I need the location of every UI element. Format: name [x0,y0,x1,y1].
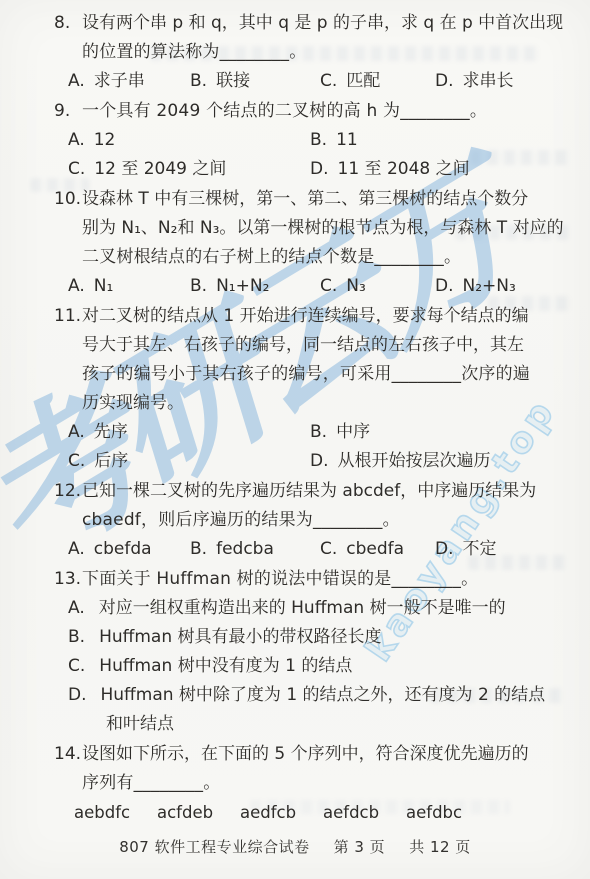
question-line: 别为 N₁、N₂和 N₃。以第一棵树的根节点为根，与森林 T 对应的 [82,214,546,243]
option-text: 对应一组权重构造出来的 Huffman 树一般不是唯一的 [99,598,506,618]
sequence-item: aebdfc [74,798,157,827]
question-line: 设图如下所示，在下面的 5 个序列中，符合深度优先遍历的 [82,740,546,769]
option-text: Huffman 树中没有度为 1 的结点 [99,656,352,676]
option-a: A.N₁ [68,272,190,301]
sequence-item: aedfcb [240,798,323,827]
option-text: fedcba [216,539,274,559]
option-label: B. [310,422,327,442]
options-row: B.Huffman 树具有最小的带权路径长度 [68,623,546,652]
option-label: B. [190,539,207,559]
question-number: 12. [54,477,81,506]
option-label: C. [320,276,337,296]
page-number: 第 3 页 [334,838,386,856]
option-d: D.不定 [435,535,546,564]
option-label: A. [68,130,85,150]
exam-title: 807 软件工程专业综合试卷 [119,838,309,856]
option-a: A.先序 [68,418,310,447]
option-label: B. [68,627,85,647]
option-text: 11 [336,130,358,150]
options-row: D.Huffman 树中除了度为 1 的结点之外，还有度为 2 的结点 [68,681,546,710]
question-11: 11. 对二叉树的结点从 1 开始进行连续编号，要求每个结点的编 号大于其左、右… [54,302,546,476]
question-line: 设森林 T 中有三棵树，第一、第二、第三棵树的结点个数分 [82,185,546,214]
option-text: 求串长 [463,71,514,91]
option-text: 后序 [94,451,128,471]
option-c: C.Huffman 树中没有度为 1 的结点 [68,652,352,681]
option-d: D.求串长 [435,67,546,96]
question-line: 号大于其左、右孩子的编号，同一结点的左右孩子中，其左 [82,331,546,360]
question-line: 设有两个串 p 和 q，其中 q 是 p 的子串，求 q 在 p 中首次出现 [82,9,546,38]
question-line: 对二叉树的结点从 1 开始进行连续编号，要求每个结点的编 [82,302,546,331]
options-row: C.后序 D.从根开始按层次遍历 [68,447,546,476]
option-text: cbedfa [346,539,404,559]
option-label: D. [435,276,454,296]
option-label: A. [68,276,85,296]
question-line: 孩子的编号小于其右孩子的编号，可采用________次序的遍 [82,360,546,389]
question-list: 8. 设有两个串 p 和 q，其中 q 是 p 的子串，求 q 在 p 中首次出… [54,9,546,828]
question-13: 13. 下面关于 Huffman 树的说法中错误的是________。 A.对应… [54,565,546,739]
options-row: A.N₁ B.N₁+N₂ C.N₃ D.N₂+N₃ [68,272,546,301]
question-12: 12. 已知一棵二叉树的先序遍历结果为 abcdef，中序遍历结果为 cbaed… [54,477,546,564]
option-text: 11 至 2048 之间 [338,159,470,179]
option-label: D. [435,71,454,91]
option-text: 中序 [336,422,370,442]
question-line: 历实现编号。 [82,389,546,418]
options-row: C.12 至 2049 之间 D.11 至 2048 之间 [68,155,546,184]
sequence-item: acfdeb [157,798,240,827]
page-footer: 807 软件工程专业综合试卷第 3 页共 12 页 [0,836,590,857]
question-line: 一个具有 2049 个结点的二叉树的高 h 为________。 [82,97,546,126]
question-14: 14. 设图如下所示，在下面的 5 个序列中，符合深度优先遍历的 序列有____… [54,740,546,827]
sequence-item: aefdcb [323,798,406,827]
option-d: D.11 至 2048 之间 [310,155,546,184]
question-line: 序列有________。 [82,769,546,798]
option-c: C.12 至 2049 之间 [68,155,310,184]
option-c: C.后序 [68,447,310,476]
option-label: C. [68,159,85,179]
question-number: 11. [54,302,81,331]
option-d-continuation: 和叶结点 [106,710,546,739]
question-number: 8. [54,9,70,38]
options-row: A.12 B.11 [68,126,546,155]
option-text: 12 至 2049 之间 [94,159,226,179]
option-c: C.N₃ [320,272,435,301]
options-row: A.先序 B.中序 [68,418,546,447]
option-a: A.对应一组权重构造出来的 Huffman 树一般不是唯一的 [68,594,506,623]
question-line: 已知一棵二叉树的先序遍历结果为 abcdef，中序遍历结果为 [82,477,546,506]
question-8: 8. 设有两个串 p 和 q，其中 q 是 p 的子串，求 q 在 p 中首次出… [54,9,546,96]
option-b: B.中序 [310,418,546,447]
question-number: 10. [54,185,81,214]
question-number: 14. [54,740,81,769]
option-d: D.N₂+N₃ [435,272,546,301]
option-text: N₃ [346,276,366,296]
question-9: 9. 一个具有 2049 个结点的二叉树的高 h 为________。 A.12… [54,97,546,184]
option-label: C. [68,451,85,471]
option-text: 先序 [94,422,128,442]
option-a: A.cbefda [68,535,190,564]
exam-page: 考研云万 kaoyang.top 8. 设有两个串 p 和 q，其中 q 是 p… [0,0,590,879]
question-line: 的位置的算法称为________。 [82,38,546,67]
option-label: D. [68,685,87,705]
option-text: N₁ [94,276,114,296]
option-label: B. [310,130,327,150]
question-line: 二叉树根结点的右子树上的结点个数是________。 [82,243,546,272]
option-label: A. [68,539,85,559]
option-label: D. [310,159,329,179]
question-line: 下面关于 Huffman 树的说法中错误的是________。 [82,565,546,594]
option-label: B. [190,276,207,296]
options-row: A.对应一组权重构造出来的 Huffman 树一般不是唯一的 [68,594,546,623]
option-d: D.Huffman 树中除了度为 1 的结点之外，还有度为 2 的结点 [68,681,545,710]
option-label: C. [320,71,337,91]
option-label: D. [310,451,329,471]
option-label: A. [68,598,85,618]
option-label: C. [320,539,337,559]
sequence-row: aebdfc acfdeb aedfcb aefdcb aefdbc [74,798,546,827]
options-row: C.Huffman 树中没有度为 1 的结点 [68,652,546,681]
option-text: N₂+N₃ [463,276,516,296]
options-row: A.求子串 B.联接 C.匹配 D.求串长 [68,67,546,96]
option-c: C.匹配 [320,67,435,96]
option-d: D.从根开始按层次遍历 [310,447,546,476]
option-text: 不定 [463,539,497,559]
option-text: Huffman 树中除了度为 1 的结点之外，还有度为 2 的结点 [101,685,546,705]
option-text: 联接 [216,71,250,91]
option-b: B.联接 [190,67,320,96]
option-b: B.N₁+N₂ [190,272,320,301]
sequence-item: aefdbc [406,798,462,827]
option-text: 求子串 [94,71,145,91]
option-label: A. [68,422,85,442]
option-text: Huffman 树具有最小的带权路径长度 [99,627,381,647]
option-c: C.cbedfa [320,535,435,564]
option-a: A.12 [68,126,310,155]
option-label: B. [190,71,207,91]
question-number: 9. [54,97,70,126]
option-text: 12 [94,130,116,150]
total-pages: 共 12 页 [409,838,471,856]
option-a: A.求子串 [68,67,190,96]
option-text: 从根开始按层次遍历 [338,451,491,471]
option-text: N₁+N₂ [216,276,269,296]
option-text: 匹配 [346,71,380,91]
question-line: cbaedf，则后序遍历的结果为________。 [82,506,546,535]
option-label: C. [68,656,85,676]
question-number: 13. [54,565,81,594]
question-10: 10. 设森林 T 中有三棵树，第一、第二、第三棵树的结点个数分 别为 N₁、N… [54,185,546,301]
option-b: B.fedcba [190,535,320,564]
option-label: A. [68,71,85,91]
option-label: D. [435,539,454,559]
option-b: B.Huffman 树具有最小的带权路径长度 [68,623,382,652]
option-b: B.11 [310,126,546,155]
option-text: cbefda [94,539,152,559]
options-row: A.cbefda B.fedcba C.cbedfa D.不定 [68,535,546,564]
